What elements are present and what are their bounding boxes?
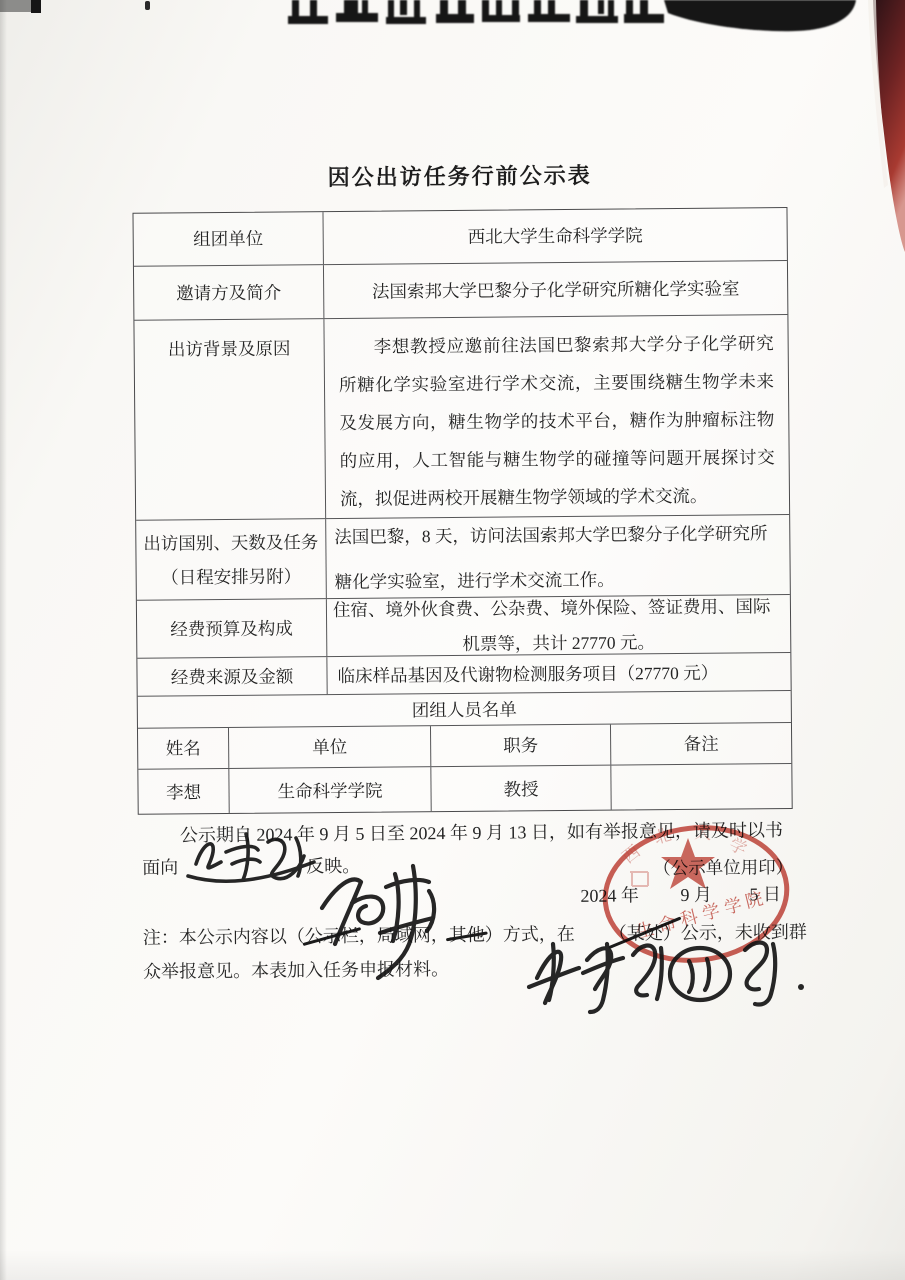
member-name: 李想 (138, 769, 229, 814)
date-month: 9 月 (680, 881, 712, 907)
table-row-group-unit: 组团单位 西北大学生命科学学院 (133, 208, 786, 266)
recipient-prefix: 面向 (142, 857, 178, 877)
roster-col-note: 备注 (611, 723, 791, 765)
row-value: 西北大学生命科学学院 (323, 208, 786, 264)
value-line1: 法国巴黎，8 天，访问法国索邦大学巴黎分子化学研究所 (334, 520, 767, 549)
table-row-inviter: 邀请方及简介 法国索邦大学巴黎分子化学研究所糖化学实验室 (134, 261, 787, 321)
background-paragraph: 李想教授应邀前往法国巴黎索邦大学分子化学研究所糖化学实验室进行学术交流，主要围绕… (324, 315, 789, 518)
table-row-destination: 出访国别、天数及任务 （日程安排另附） 法国巴黎，8 天，访问法国索邦大学巴黎分… (136, 515, 790, 600)
note-line1: 注：本公示内容以（公示栏，局域网，其他）方式，在（某处）公示，未收到群 (143, 918, 807, 950)
row-label: 出访国别、天数及任务 （日程安排另附） (136, 519, 327, 599)
row-value: 李想教授应邀前往法国巴黎索邦大学分子化学研究所糖化学实验室进行学术交流，主要围绕… (324, 315, 789, 518)
row-label: 组团单位 (133, 212, 323, 265)
date-day: 5 日 (749, 880, 781, 906)
note-option-other-struck: 其他 (449, 921, 485, 947)
row-label: 邀请方及简介 (134, 265, 324, 320)
table-row-funding: 经费来源及金额 临床样品基因及代谢物检测服务项目（27770 元） (137, 653, 790, 696)
value-line1: 住宿、境外伙食费、公杂费、境外保险、签证费用、国际 (333, 594, 771, 623)
note-line2: 众举报意见。本表加入任务申报材料。 (143, 955, 449, 984)
member-note (611, 764, 791, 809)
row-label: 经费来源及金额 (137, 657, 327, 695)
note-option-bulletin-struck: 公示栏 (305, 922, 359, 948)
recipient-handwriting-gap (178, 872, 306, 873)
notice-form: 因公出访任务行前公示表 组团单位 西北大学生命科学学院 邀请方及简介 法国索邦大… (0, 0, 905, 1280)
seal-instruction: （公示单位用印） (653, 854, 793, 880)
value-line2: 机票等，共计 27770 元。 (462, 630, 655, 657)
table-row-budget: 经费预算及构成 住宿、境外伙食费、公杂费、境外保险、签证费用、国际 机票等，共计… (137, 595, 790, 659)
recipient-suffix: 反映。 (306, 856, 360, 876)
date-year: 2024 年 (580, 881, 639, 908)
recipient-line: 面向反映。 (142, 852, 360, 880)
roster-col-name: 姓名 (138, 727, 229, 769)
roster-col-unit: 单位 (229, 726, 431, 769)
member-unit: 生命科学学院 (229, 767, 431, 812)
label-line1: 出访国别、天数及任务 (143, 529, 318, 556)
row-value: 住宿、境外伙食费、公杂费、境外保险、签证费用、国际 机票等，共计 27770 元… (327, 595, 790, 656)
note-comma: ， (359, 926, 377, 946)
note-location-struck: （某处） (609, 919, 681, 946)
table-row-background: 出访背景及原因 李想教授应邀前往法国巴黎索邦大学分子化学研究所糖化学实验室进行学… (134, 315, 789, 521)
row-value: 法国巴黎，8 天，访问法国索邦大学巴黎分子化学研究所 糖化学实验室，进行学术交流… (326, 515, 790, 598)
note-after-location: 公示，未收到群 (681, 922, 807, 943)
label-line2: （日程安排另附） (161, 564, 301, 590)
roster-col-title: 职务 (431, 724, 611, 766)
note-comma: ， (431, 925, 449, 945)
roster-data-row: 李想 生命科学学院 教授 (138, 764, 791, 813)
roster-section-title: 团组人员名单 (412, 696, 517, 722)
note-mid: ）方式，在 (485, 924, 575, 945)
value-line2: 糖化学实验室，进行学术交流工作。 (335, 566, 615, 593)
note-prefix: 注：本公示内容以（ (143, 926, 305, 947)
row-label: 经费预算及构成 (137, 599, 327, 658)
publicity-period-text: 公示期自 2024 年 9 月 5 日至 2024 年 9 月 13 日，如有举… (180, 816, 783, 847)
page-title: 因公出访任务行前公示表 (132, 157, 787, 194)
roster-header-row: 姓名 单位 职务 备注 (138, 723, 791, 770)
row-label: 出访背景及原因 (134, 319, 326, 520)
row-value: 临床样品基因及代谢物检测服务项目（27770 元） (327, 653, 790, 694)
info-table: 组团单位 西北大学生命科学学院 邀请方及简介 法国索邦大学巴黎分子化学研究所糖化… (132, 207, 792, 815)
row-value: 法国索邦大学巴黎分子化学研究所糖化学实验室 (324, 261, 787, 319)
note-option-lan: 局域网 (377, 925, 431, 945)
member-title: 教授 (431, 766, 611, 811)
photographed-document: 因公出访任务行前公示表 组团单位 西北大学生命科学学院 邀请方及简介 法国索邦大… (0, 0, 905, 1280)
